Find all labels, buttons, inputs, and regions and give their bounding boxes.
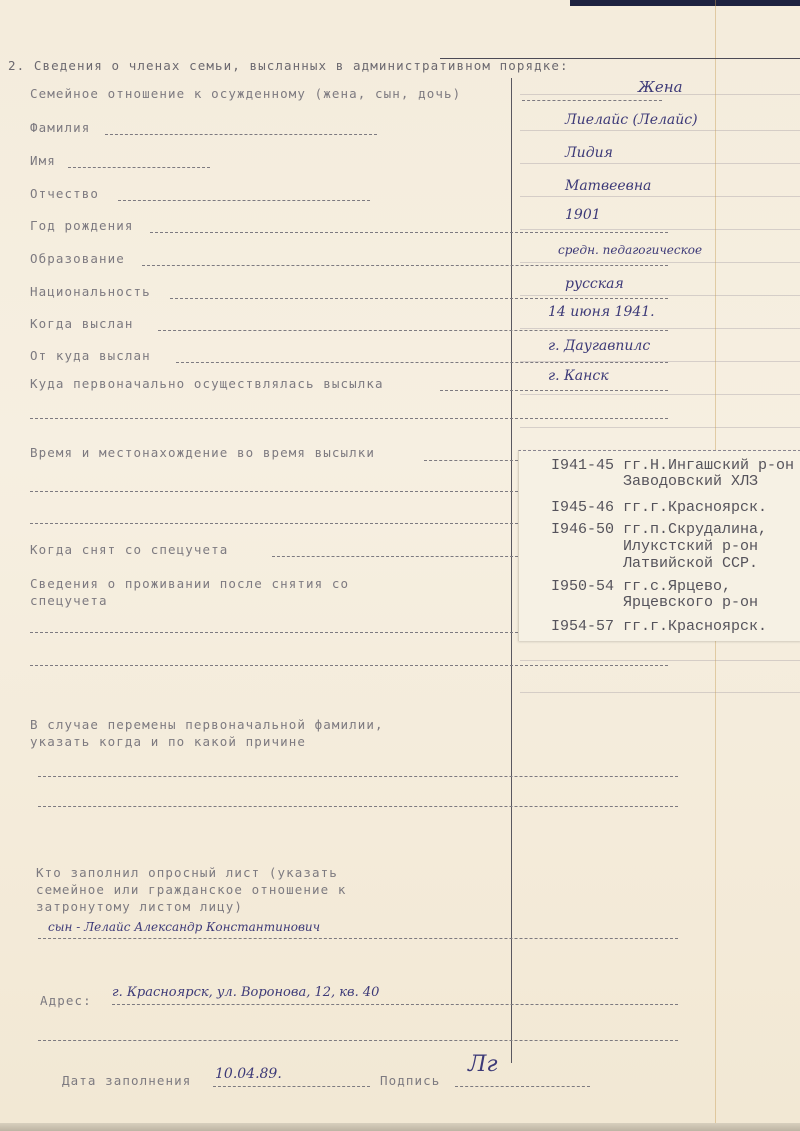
field-value-date[interactable]: 10.04.89. xyxy=(215,1066,282,1082)
field-label-name-change-a: В случае перемены первоначальной фамилии… xyxy=(30,717,384,732)
field-line xyxy=(38,1040,678,1041)
field-line xyxy=(30,632,518,633)
slip-line: Ярцевского р-он xyxy=(623,594,758,611)
field-value-address[interactable]: г. Красноярск, ул. Воронова, 12, кв. 40 xyxy=(112,985,379,1000)
field-line xyxy=(105,134,377,135)
field-label-residence-after-b: спецучета xyxy=(30,593,108,608)
field-line xyxy=(38,806,678,807)
field-label-filled-by-c: затронутому листом лицу) xyxy=(36,899,243,914)
ruled-line xyxy=(520,295,800,296)
slip-line: Латвийской ССР. xyxy=(623,555,758,572)
field-line xyxy=(68,167,210,168)
ruled-line xyxy=(520,262,800,263)
column-divider xyxy=(511,78,512,1063)
field-label-name-change-b: указать когда и по какой причине xyxy=(30,734,306,749)
field-line xyxy=(455,1086,590,1087)
document-page: 2. Сведения о членах семьи, высланных в … xyxy=(0,0,800,1131)
field-label-filled-by-b: семейное или гражданское отношение к xyxy=(36,882,347,897)
field-label-exiled-to: Куда первоначально осуществлялась высылк… xyxy=(30,376,384,391)
typed-exile-slip: I941-45 гг.Н.Ингашский р-он Заводовский … xyxy=(518,450,800,641)
field-label-residence-after-a: Сведения о проживании после снятия со xyxy=(30,576,349,591)
field-label-nationality: Национальность xyxy=(30,284,151,299)
field-line xyxy=(112,1004,678,1005)
ruled-line xyxy=(520,328,800,329)
field-line xyxy=(30,418,668,419)
field-line xyxy=(142,265,668,266)
ruled-line xyxy=(520,130,800,131)
field-value-exiled-when[interactable]: 14 июня 1941. xyxy=(548,304,655,320)
field-label-name: Имя xyxy=(30,153,56,168)
field-line xyxy=(158,330,668,331)
field-line xyxy=(118,200,370,201)
slip-line: Заводовский ХЛЗ xyxy=(623,473,758,490)
field-value-filled-by[interactable]: сын - Лелайс Александр Константинович xyxy=(48,920,320,934)
section-title: 2. Сведения о членах семьи, высланных в … xyxy=(8,58,569,73)
ruled-line xyxy=(520,163,800,164)
field-value-name[interactable]: Лидия xyxy=(565,145,613,161)
field-line xyxy=(30,523,518,524)
paper-edge xyxy=(0,1123,800,1131)
slip-line: I941-45 гг.Н.Ингашский р-он xyxy=(551,457,794,474)
field-line xyxy=(272,556,518,557)
field-label-birth-year: Год рождения xyxy=(30,218,134,233)
field-value-exiled-to[interactable]: г. Канск xyxy=(548,368,609,384)
field-value-birth-year[interactable]: 1901 xyxy=(565,207,601,223)
field-line xyxy=(440,390,668,391)
field-line xyxy=(213,1086,370,1087)
ruled-line xyxy=(520,692,800,693)
field-label-address: Адрес: xyxy=(40,993,92,1008)
ruled-line xyxy=(520,196,800,197)
field-value-exiled-from[interactable]: г. Даугавпилс xyxy=(548,338,650,354)
field-line xyxy=(176,362,668,363)
field-value-relation[interactable]: Жена xyxy=(638,78,683,96)
ruled-line xyxy=(520,427,800,428)
field-label-surname: Фамилия xyxy=(30,120,90,135)
field-line xyxy=(150,232,668,233)
ruled-line xyxy=(520,229,800,230)
slip-line: Илукстский р-он xyxy=(623,538,758,555)
field-line xyxy=(424,460,518,461)
slip-line: I954-57 гг.г.Красноярск. xyxy=(551,618,767,635)
field-line xyxy=(38,938,678,939)
field-line xyxy=(170,298,668,299)
field-line xyxy=(30,491,518,492)
field-label-exile-location: Время и местонахождение во время высылки xyxy=(30,445,375,460)
field-label-date: Дата заполнения xyxy=(62,1073,191,1088)
field-value-surname[interactable]: Лиелайс (Лелайс) xyxy=(565,112,698,128)
field-label-filled-by-a: Кто заполнил опросный лист (указать xyxy=(36,865,338,880)
field-value-nationality[interactable]: русская xyxy=(565,276,624,292)
ruled-line xyxy=(520,394,800,395)
field-line xyxy=(522,100,662,101)
field-label-exiled-when: Когда выслан xyxy=(30,316,134,331)
field-label-patronymic: Отчество xyxy=(30,186,99,201)
field-line xyxy=(30,665,668,666)
field-line xyxy=(38,776,678,777)
ruled-line xyxy=(520,660,800,661)
field-label-signature: Подпись xyxy=(380,1073,440,1088)
field-label-relation: Семейное отношение к осужденному (жена, … xyxy=(30,86,461,101)
background-edge xyxy=(570,0,800,6)
field-value-education[interactable]: средн. педагогическое xyxy=(558,243,702,257)
field-label-exiled-from: От куда выслан xyxy=(30,348,151,363)
slip-line: I950-54 гг.с.Ярцево, xyxy=(551,578,731,595)
field-label-education: Образование xyxy=(30,251,125,266)
field-value-patronymic[interactable]: Матвеевна xyxy=(565,178,651,194)
field-label-removed-from-registry: Когда снят со спецучета xyxy=(30,542,228,557)
field-value-signature[interactable]: Лг xyxy=(468,1052,497,1077)
slip-line: I945-46 гг.г.Красноярск. xyxy=(551,499,767,516)
slip-line: I946-50 гг.п.Скрудалина, xyxy=(551,521,767,538)
